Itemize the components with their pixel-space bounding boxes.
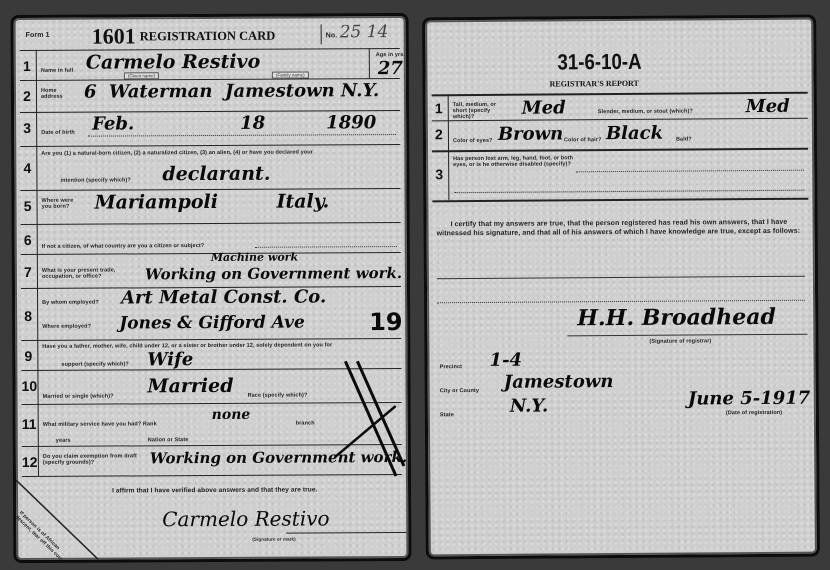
row-number: 3 — [20, 120, 34, 136]
row-divider — [432, 198, 808, 203]
marital-label: Married or single (which)? — [43, 394, 114, 400]
disability-label: Has person lost arm, leg, hand, foot, or… — [453, 155, 573, 168]
branch-label: branch — [296, 420, 315, 426]
dependents-value: Wife — [147, 349, 193, 370]
row-number: 6 — [21, 232, 35, 248]
employment-place-label: Where employed? — [42, 324, 91, 330]
precinct-label: Precinct — [440, 364, 463, 370]
row-number: 7 — [21, 264, 35, 280]
row-divider — [21, 222, 401, 225]
exemption-label: Do you claim exemption from draft (speci… — [43, 453, 139, 466]
row-divider — [21, 338, 401, 341]
height-label: Tall, medium, or short (specify which)? — [453, 102, 509, 120]
fill-line — [437, 300, 805, 304]
row-number: 11 — [22, 416, 36, 432]
hair-color-value: Black — [606, 123, 663, 144]
serial-number: 1601 — [92, 23, 136, 49]
employer-value: Art Metal Const. Co. — [121, 286, 326, 308]
bald-label: Bald? — [676, 137, 692, 143]
row-number: 10 — [21, 378, 35, 394]
occupation-note: Machine work — [211, 251, 298, 264]
occupation-label: What is your present trade, occupation, … — [42, 267, 128, 279]
race-label: Race (specify which)? — [248, 392, 308, 398]
fill-line — [255, 246, 397, 248]
occupation-value: Working on Government work. — [145, 264, 402, 283]
age-column-divider — [369, 48, 370, 78]
birth-day: 18 — [240, 113, 265, 134]
signature-line — [567, 334, 807, 337]
birth-month: Feb. — [92, 113, 134, 134]
name-label: Name in full — [41, 68, 73, 74]
sub-label: (Given name) — [124, 72, 159, 79]
city-value: Jamestown — [504, 371, 614, 393]
citizenship-value: declarant. — [162, 163, 270, 186]
exemption-value: Working on Government work. — [150, 448, 407, 467]
row-number: 4 — [20, 160, 34, 176]
no-label: No. — [326, 32, 338, 39]
birth-year: 1890 — [326, 112, 376, 133]
fill-line — [454, 190, 804, 193]
citizen-country-label: If not a citizen, of what country are yo… — [42, 243, 204, 250]
years-label: years — [56, 438, 71, 444]
nation-label: Nation or State — [148, 437, 189, 443]
affirmation-text: I affirm that I have verified above answ… — [112, 486, 317, 494]
document-scan-frame: Form 1 1601 REGISTRATION CARD No. 25 14 … — [0, 0, 830, 570]
number-column-divider — [448, 94, 450, 200]
row-number: 2 — [432, 126, 446, 142]
sub-label: (Family name) — [272, 71, 309, 78]
registrar-signature-label: (Signature of registrar) — [649, 338, 711, 344]
build-label: Slender, medium, or stout (which)? — [598, 108, 693, 115]
height-value: Med — [522, 97, 566, 118]
row-number: 1 — [20, 58, 34, 74]
registration-card: Form 1 1601 REGISTRATION CARD No. 25 14 … — [11, 13, 412, 563]
registrant-signature: Carmelo Restivo — [162, 506, 329, 531]
precinct-value: 1-4 — [489, 350, 522, 371]
card-title: REGISTRATION CARD — [140, 29, 276, 45]
employment-place-value: Jones & Gifford Ave — [119, 313, 305, 334]
eye-color-value: Brown — [498, 123, 563, 144]
city-label: City or County — [440, 388, 479, 394]
row-number: 2 — [20, 88, 34, 104]
margin-number: 19 — [369, 308, 403, 336]
birthplace-label: Where were you born? — [42, 198, 82, 210]
build-value: Med — [746, 96, 790, 117]
signature-line — [286, 532, 406, 534]
home-address-value: 6 Waterman Jamestown N.Y. — [84, 80, 379, 103]
fill-line — [88, 134, 396, 137]
fill-line — [576, 170, 804, 173]
row-number: 1 — [432, 100, 446, 116]
eye-color-label: Color of eyes? — [453, 138, 493, 144]
state-value: N.Y. — [510, 396, 549, 417]
age-value: 27 — [378, 58, 403, 79]
row-number: 9 — [21, 348, 35, 364]
employer-label: By whom employed? — [42, 300, 99, 306]
birth-date-label: Date of birth — [41, 130, 75, 136]
row-divider — [20, 144, 400, 147]
certification-text: I certify that my answers are true, that… — [437, 218, 805, 239]
number-column-divider — [36, 50, 39, 476]
state-label: State — [440, 412, 454, 418]
fill-line — [437, 276, 805, 280]
hair-color-label: Color of hair? — [564, 137, 602, 143]
military-value: none — [212, 407, 251, 423]
dependents-question: Have you a father, mother, wife, child u… — [42, 342, 402, 350]
row-divider — [432, 148, 808, 153]
name-value: Carmelo Restivo — [86, 51, 261, 74]
row-number: 12 — [22, 454, 36, 470]
military-label: What military service have you had? Rank — [43, 421, 157, 428]
birthplace-town: Mariampoli — [94, 191, 218, 214]
report-title: REGISTRAR'S REPORT — [550, 79, 639, 89]
birthplace-country: Italy. — [276, 190, 329, 212]
report-code: 31-6-10-A — [557, 49, 641, 76]
card-number: 25 14 — [340, 22, 389, 42]
intention-label: intention (specify which)? — [60, 177, 130, 183]
form-label: Form 1 — [26, 32, 50, 39]
registration-date-label: (Date of registration) — [726, 410, 782, 416]
row-number: 8 — [21, 308, 35, 324]
home-address-label: Home address — [41, 88, 61, 100]
registrars-report-card: 31-6-10-A REGISTRAR'S REPORT 1 Tall, med… — [422, 15, 820, 560]
tear-off-corner: If person is of African descent, tear of… — [16, 480, 98, 560]
strike-mark — [325, 356, 406, 486]
row-number: 5 — [21, 198, 35, 214]
citizenship-question: Are you (1) a natural-born citizen, (2) … — [41, 149, 401, 157]
signature-label: (Signature or mark) — [252, 537, 295, 542]
registration-date: June 5-1917 — [688, 388, 811, 410]
support-label: support (specify which)? — [61, 361, 129, 367]
marital-value: Married — [147, 375, 233, 397]
row-number: 3 — [432, 166, 446, 182]
divider — [321, 24, 322, 44]
registrar-signature: H.H. Broadhead — [577, 304, 776, 331]
